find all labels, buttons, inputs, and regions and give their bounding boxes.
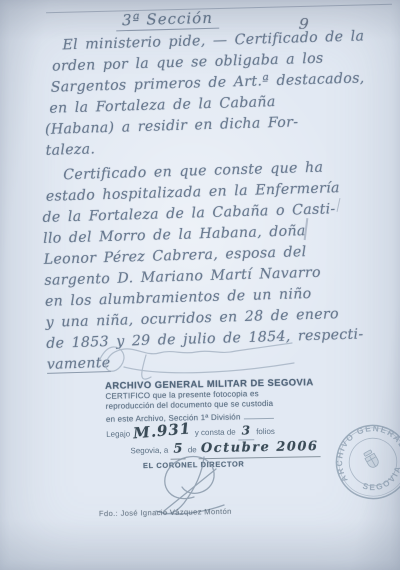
seal-bottom-text: SEGOVIA (358, 460, 400, 500)
folios-rule: 3 (238, 423, 254, 440)
section-heading: 3ª Sección (116, 9, 219, 32)
legajo-label: Legajo (106, 430, 130, 439)
folios-label: folios (256, 427, 275, 436)
scanned-document-page: 3ª Sección 9 El ministerio pide, — Certi… (0, 0, 400, 570)
consta-label: y consta de (195, 428, 236, 438)
folios-handwritten-value: 3 (242, 424, 251, 438)
stamp-blank-rule (243, 410, 273, 420)
manuscript-paragraph-1: El ministerio pide, — Certificado de la … (42, 26, 376, 162)
page-top-rule (46, 4, 392, 13)
legajo-handwritten-value: M.931 (133, 422, 192, 441)
manuscript-signature-flourish (92, 333, 304, 381)
seal-coat-of-arms (362, 449, 380, 469)
svg-text:SEGOVIA: SEGOVIA (358, 460, 400, 500)
